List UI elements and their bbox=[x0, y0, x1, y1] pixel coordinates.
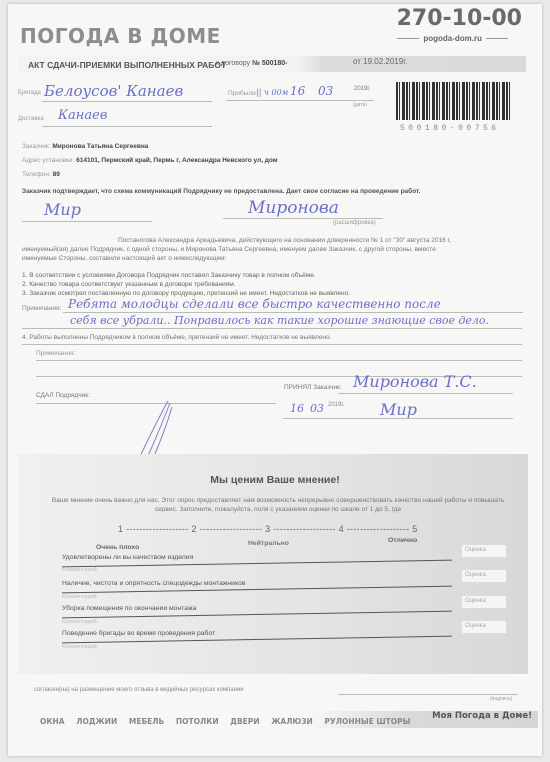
consent-caption: (подпись) bbox=[490, 696, 512, 702]
survey-question-4: Поведение бригады во время проведения ра… bbox=[62, 630, 215, 637]
survey-comment-4[interactable]: Комментарий bbox=[62, 644, 97, 650]
scale-label-bad: Очень плохо bbox=[96, 544, 139, 551]
signature-left-line bbox=[22, 221, 152, 222]
item-4: 4. Работы выполнены Подрядчиком в полном… bbox=[22, 333, 331, 342]
scale-label-neutral: Нейтрально bbox=[248, 540, 289, 547]
arrived-month: 03 bbox=[318, 84, 333, 98]
notes-handwritten-1: Ребята молодцы сделали все быстро качест… bbox=[68, 297, 441, 311]
signoff-check-signature: Мир bbox=[380, 400, 417, 419]
customer-row: Заказчик: Миронова Татьяна Сергеевна bbox=[22, 143, 148, 150]
signoff-date-line bbox=[283, 418, 513, 419]
notes-line-2 bbox=[22, 328, 522, 329]
survey-comment-1[interactable]: Комментарий bbox=[62, 567, 97, 573]
company-logo: ПОГОДА В ДОМЕ bbox=[20, 24, 221, 48]
customer-name: Миронова Татьяна Сергеевна bbox=[52, 143, 148, 150]
survey-comment-2[interactable]: Комментарий bbox=[62, 594, 97, 600]
survey-question-1: Удовлетворены ли вы качеством изделия bbox=[62, 554, 193, 561]
arrived-day: 16 bbox=[290, 84, 305, 98]
consent-line bbox=[338, 694, 518, 695]
survey-title: Мы ценим Ваше мнение! bbox=[8, 474, 542, 486]
notes-line-1 bbox=[63, 312, 523, 313]
survey-question-2: Наличие, чистота и опрятность спецодежды… bbox=[62, 580, 245, 587]
address-label: Адрес установки: bbox=[22, 157, 74, 164]
survey-score-1[interactable]: Оценка bbox=[462, 545, 506, 557]
footer-nav-doors[interactable]: ДВЕРИ bbox=[230, 717, 259, 726]
intro-line-2: именуемый(ая) далее Подрядчик, с одной с… bbox=[22, 245, 436, 254]
confirmation-signature-left: Мир bbox=[44, 200, 81, 219]
delivery-value: Канаев bbox=[58, 108, 107, 123]
arrived-caption: (дата) bbox=[353, 102, 367, 108]
address-value: 614101, Пермский край, Пермь г, Александ… bbox=[76, 157, 278, 164]
delivery-label: Доставка bbox=[18, 116, 44, 122]
survey-scale: 1 ------------------- 2 ----------------… bbox=[118, 524, 418, 534]
arrived-year: 2019г. bbox=[354, 86, 370, 92]
contract-number: № 500180- bbox=[252, 60, 287, 67]
act-document: ПОГОДА В ДОМЕ 270-10-00 pogoda-dom.ru АК… bbox=[8, 4, 542, 756]
intro-line-3: именуемые Стороны, составили настоящий а… bbox=[22, 254, 226, 263]
footer-nav-furniture[interactable]: МЕБЕЛЬ bbox=[129, 717, 164, 726]
signoff-year: 2019г. bbox=[328, 402, 344, 408]
accepted-label: ПРИНЯЛ Заказчик: bbox=[284, 383, 342, 392]
act-contract: к договору № 500180- bbox=[216, 60, 288, 67]
phone-value: 89 bbox=[53, 171, 60, 178]
item-4-line bbox=[22, 344, 522, 345]
notes2-line-1 bbox=[36, 360, 522, 361]
company-phone: 270-10-00 bbox=[397, 6, 522, 31]
arrived-line bbox=[226, 100, 374, 101]
customer-label: Заказчик: bbox=[22, 143, 51, 150]
survey-score-3[interactable]: Оценка bbox=[462, 596, 506, 608]
act-title: АКТ СДАЧИ-ПРИЕМКИ ВЫПОЛНЕННЫХ РАБОТ bbox=[28, 60, 226, 70]
footer-nav-windows[interactable]: ОКНА bbox=[40, 717, 65, 726]
footer-brand: Моя Погода в Доме! bbox=[432, 711, 532, 721]
footer-nav-loggias[interactable]: ЛОДЖИИ bbox=[76, 717, 117, 726]
item-2: 2. Качество товара соответствует указанн… bbox=[22, 280, 236, 289]
signature-caption: (расшифровка) bbox=[333, 220, 376, 226]
footer-nav-blinds[interactable]: ЖАЛЮЗИ bbox=[271, 717, 313, 726]
intro-line-1: Постаногова Александра Аркадьевича, дейс… bbox=[118, 236, 451, 245]
notes2-label: Примечания: bbox=[36, 349, 75, 358]
consent-text: согласен(на) на размещение моего отзыва … bbox=[34, 687, 244, 693]
accepted-signature: Миронова Т.С. bbox=[353, 372, 477, 391]
brigade-label: Бригада bbox=[18, 90, 41, 96]
footer-nav: ОКНА ЛОДЖИИ МЕБЕЛЬ ПОТОЛКИ ДВЕРИ ЖАЛЮЗИ … bbox=[40, 717, 419, 726]
scale-label-excellent: Отлично bbox=[388, 537, 417, 544]
survey-score-2[interactable]: Оценка bbox=[462, 570, 506, 582]
arrived-time: || ч 00м bbox=[256, 88, 288, 97]
brigade-line bbox=[42, 101, 212, 102]
company-site: pogoda-dom.ru bbox=[393, 34, 512, 43]
address-row: Адрес установки: 614101, Пермский край, … bbox=[22, 157, 278, 164]
arrived-label: Прибыли bbox=[228, 90, 256, 97]
phone-row: Телефон: 89 bbox=[22, 171, 60, 178]
survey-description: Ваше мнение очень важно для нас. Этот оп… bbox=[48, 496, 508, 514]
confirmation-text: Заказчик подтверждает, что схема коммуни… bbox=[22, 188, 420, 195]
footer-nav-roller-shades[interactable]: РУЛОННЫЕ ШТОРЫ bbox=[324, 717, 410, 726]
accepted-line bbox=[338, 393, 513, 394]
handed-label: СДАЛ Подрядчик: bbox=[36, 391, 90, 400]
signoff-day: 16 bbox=[290, 402, 304, 415]
signature-right-line bbox=[223, 218, 383, 219]
phone-label: Телефон: bbox=[22, 171, 51, 178]
delivery-line bbox=[42, 126, 212, 127]
act-date: от 19.02.2019г. bbox=[353, 57, 407, 66]
survey-comment-3[interactable]: Комментарий bbox=[62, 619, 97, 625]
confirmation-signature-right: Миронова bbox=[248, 198, 339, 218]
item-1: 1. В соответствии с условиями Договора П… bbox=[22, 271, 316, 280]
footer-nav-ceilings[interactable]: ПОТОЛКИ bbox=[176, 717, 219, 726]
barcode-number: 500180-00756 bbox=[400, 124, 500, 133]
survey-score-4[interactable]: Оценка bbox=[462, 621, 506, 633]
signoff-month: 03 bbox=[310, 402, 324, 415]
barcode-image bbox=[396, 82, 512, 120]
survey-question-3: Уборка помещения по окончании монтажа bbox=[62, 605, 196, 612]
notes-label: Примечания: bbox=[22, 304, 61, 313]
contract-label: к договору bbox=[216, 60, 250, 67]
brigade-value: Белоусов' Канаев bbox=[44, 82, 183, 100]
notes-handwritten-2: себя все убрали.. Понравилось как такие … bbox=[70, 314, 489, 327]
